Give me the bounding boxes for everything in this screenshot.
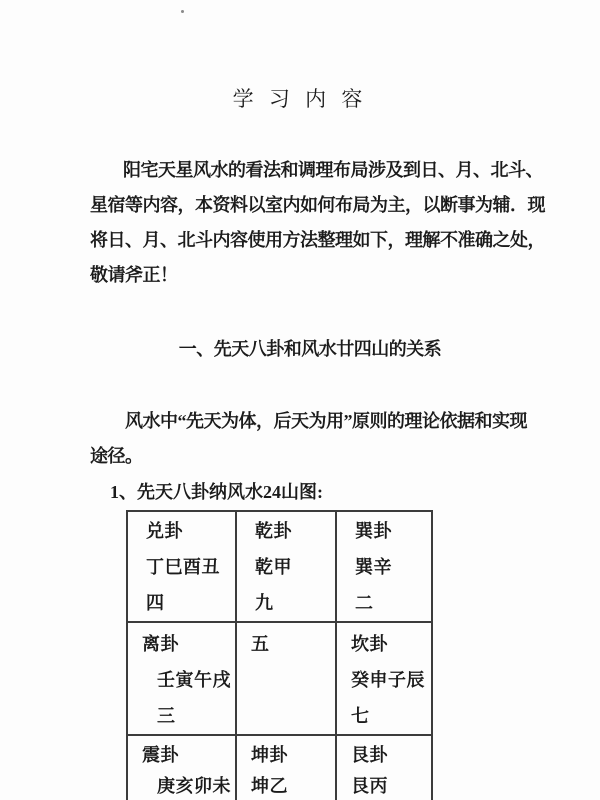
cell-line: 庚亥卯未 [142, 771, 231, 800]
cell-line: 乾卦 [255, 513, 331, 549]
paragraph-line: 风水中“先天为体，后天为用”原则的理论依据和实现 [125, 408, 527, 434]
table-caption: 1、先天八卦纳风水24山图: [110, 478, 323, 504]
cell-line: 丁巳酉丑 [146, 549, 231, 585]
table-cell-kun: 坤卦 坤乙 [236, 735, 336, 800]
paragraph-line: 阳宅天星风水的看法和调理布局涉及到日、月、北斗、 [123, 157, 543, 183]
cell-line: 艮丙 [351, 771, 427, 800]
cell-line: 癸申子辰 [351, 662, 427, 698]
cell-line: 离卦 [142, 626, 231, 662]
cell-line: 乾甲 [255, 549, 331, 585]
table-row: 离卦 壬寅午戌 三 五 坎卦 癸申子辰 七 [127, 622, 432, 735]
document-title: 学 习 内 容 [0, 83, 600, 113]
paragraph-line: 星宿等内容，本资料以室内如何布局为主，以断事为辅．现 [90, 192, 545, 218]
table-row: 震卦 庚亥卯未 坤卦 坤乙 艮卦 艮丙 [127, 735, 432, 800]
table-cell-kan: 坎卦 癸申子辰 七 [336, 622, 432, 735]
cell-line: 七 [351, 698, 427, 734]
cell-line: 兑卦 [146, 513, 231, 549]
cell-line: 四 [146, 585, 231, 621]
table-cell-gen: 艮卦 艮丙 [336, 735, 432, 800]
cell-line: 震卦 [142, 740, 231, 771]
cell-line: 坎卦 [351, 626, 427, 662]
table-cell-xun: 巽卦 巽辛 二 [336, 511, 432, 622]
cell-line: 巽辛 [355, 549, 427, 585]
cell-line: 壬寅午戌 [142, 662, 231, 698]
table-cell-li: 离卦 壬寅午戌 三 [127, 622, 236, 735]
cell-line: 五 [251, 626, 331, 662]
table-cell-qian: 乾卦 乾甲 九 [236, 511, 336, 622]
paragraph-line: 将日、月、北斗内容使用方法整理如下，理解不准确之处， [90, 227, 545, 253]
document-page: 学 习 内 容 阳宅天星风水的看法和调理布局涉及到日、月、北斗、 星宿等内容，本… [0, 0, 600, 800]
bagua-24-mountains-table: 兑卦 丁巳酉丑 四 乾卦 乾甲 九 巽卦 巽辛 二 离卦 壬寅午 [126, 510, 433, 800]
cell-line: 艮卦 [351, 740, 427, 771]
cell-line: 坤卦 [251, 740, 331, 771]
table-cell-zhen: 震卦 庚亥卯未 [127, 735, 236, 800]
section-heading: 一、先天八卦和风水廿四山的关系 [0, 335, 600, 361]
cell-line: 九 [255, 585, 331, 621]
table-row: 兑卦 丁巳酉丑 四 乾卦 乾甲 九 巽卦 巽辛 二 [127, 511, 432, 622]
table-cell-dui: 兑卦 丁巳酉丑 四 [127, 511, 236, 622]
cell-line: 三 [142, 698, 231, 734]
paragraph-line: 敬请斧正！ [90, 262, 178, 288]
table-cell-center: 五 [236, 622, 336, 735]
cell-line: 二 [355, 585, 427, 621]
cell-line: 坤乙 [251, 771, 331, 800]
scan-speck [181, 10, 184, 13]
paragraph-line: 途径。 [90, 443, 143, 469]
cell-line: 巽卦 [355, 513, 427, 549]
